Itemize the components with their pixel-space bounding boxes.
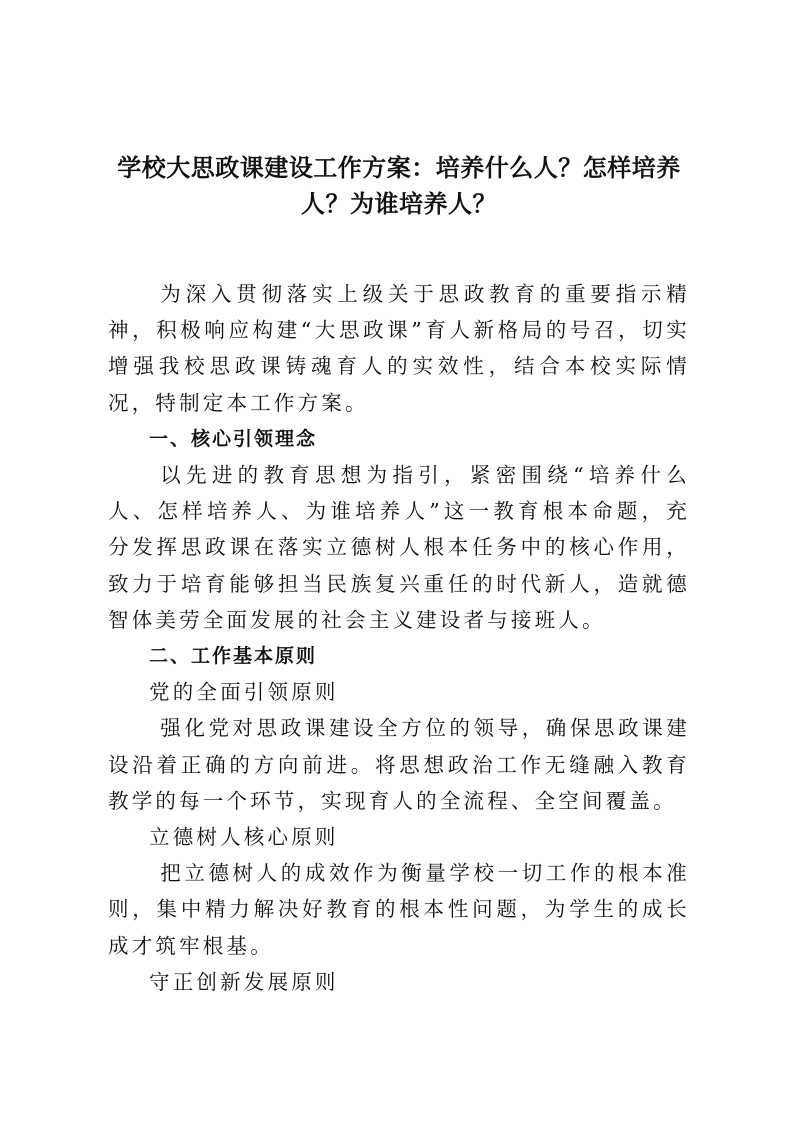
section-heading-core-concept: 一、核心引领理念 <box>108 421 690 457</box>
principle-text-moral-education: 把立德树人的成效作为衡量学校一切工作的根本准则，集中精力解决好教育的根本性问题，… <box>108 855 690 964</box>
core-concept-paragraph: 以先进的教育思想为指引，紧密围绕“培养什么人、怎样培养人、为谁培养人”这一教育根… <box>108 457 690 638</box>
section-heading-basic-principles: 二、工作基本原则 <box>108 638 690 674</box>
principle-heading-party-leadership: 党的全面引领原则 <box>108 674 690 710</box>
principle-text-party-leadership: 强化党对思政课建设全方位的领导，确保思政课建设沿着正确的方向前进。将思想政治工作… <box>108 710 690 819</box>
principle-heading-innovation: 守正创新发展原则 <box>108 964 690 1000</box>
document-page: 学校大思政课建设工作方案：培养什么人？怎样培养人？为谁培养人？ 为深入贯彻落实上… <box>108 150 690 1000</box>
principle-heading-moral-education: 立德树人核心原则 <box>108 819 690 855</box>
document-title: 学校大思政课建设工作方案：培养什么人？怎样培养人？为谁培养人？ <box>108 150 690 222</box>
intro-paragraph: 为深入贯彻落实上级关于思政教育的重要指示精神，积极响应构建“大思政课”育人新格局… <box>108 276 690 421</box>
